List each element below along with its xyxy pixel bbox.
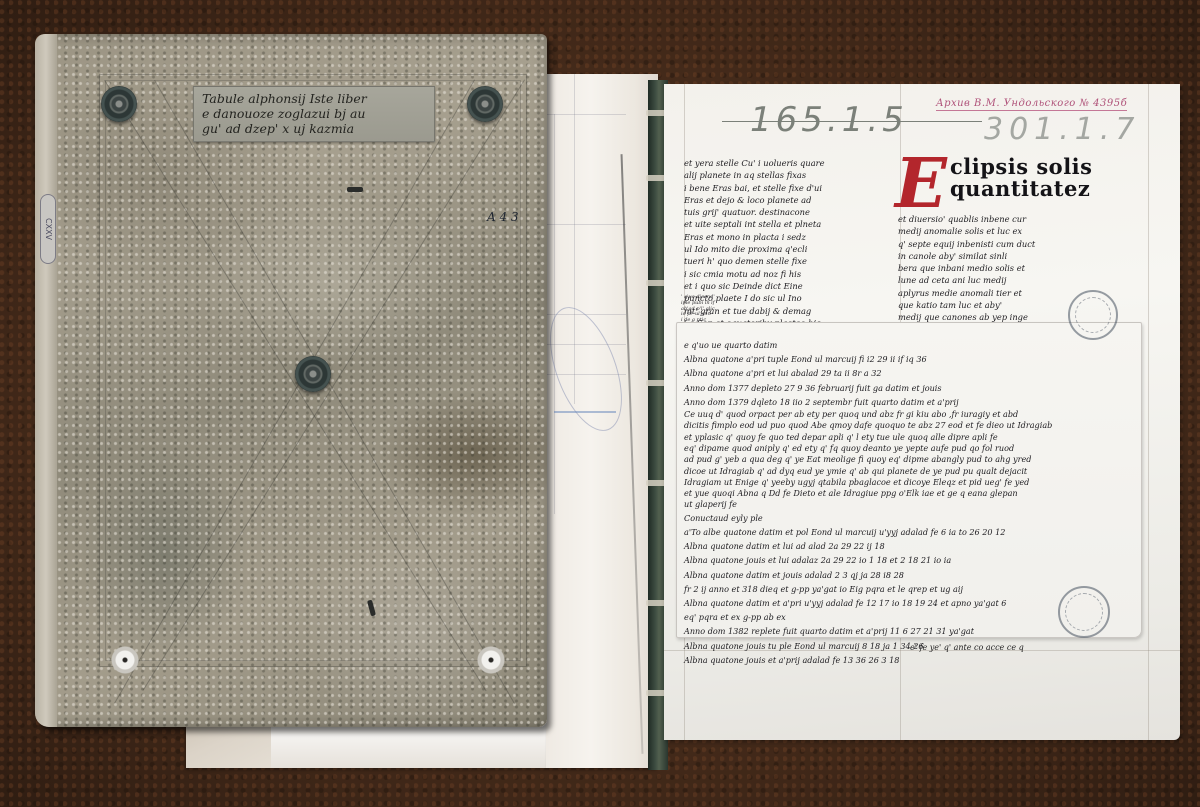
- marginalia: ' q'uo dicend' iple pubi in if ab'ad p'l…: [681, 295, 715, 324]
- text-line: medij anomalie solis et luc ex: [898, 225, 1035, 237]
- slip-line: fr 2 ij anno et 318 dieq et g-pp ya'gat …: [684, 582, 1052, 596]
- slip-line: et yue quoqi Abna q Dd fe Dieto et ale I…: [684, 488, 1052, 499]
- slip-line: Albna quatone jouis et a'prij adalad fe …: [684, 653, 1052, 667]
- book-cover: CXXV Tabule alphonsij Iste liber e danou…: [35, 34, 547, 727]
- slip-line: Albna quatone datim et a'pri u'yyj adala…: [684, 596, 1052, 610]
- text-line: et i quo sic Deinde dict Eine: [684, 280, 825, 292]
- flyleaf: [546, 74, 658, 768]
- spine-label: CXXV: [40, 194, 56, 264]
- slip-line: ad pud g' yeb a qua deg q' ye Eat meolig…: [684, 454, 1052, 465]
- cover-title-label: Tabule alphonsij Iste liber e danouoze z…: [193, 86, 435, 142]
- text-line: et yera stelle Cu' i uolueris quare: [684, 157, 825, 169]
- slip-text: e q'uo ue quarto datim Albna quatone a'p…: [684, 338, 1052, 667]
- slip-line: a'To albe quatone datim et pol Eond ul m…: [684, 525, 1052, 539]
- fold-line: [621, 154, 644, 754]
- slip-line: Albna quatone jouis et lui adalaz 2a 29 …: [684, 553, 1052, 567]
- slip-line: Idragiam ut Enige q' yeeby ugyj qtabila …: [684, 477, 1052, 488]
- metal-boss-icon: [295, 356, 331, 392]
- pencil-sketch: [536, 298, 637, 441]
- footer-line: e' fe ye' q' ante co acce ce q: [910, 643, 1024, 652]
- text-line: in canole aby' similat sinli: [898, 250, 1035, 262]
- clasp-slot: [347, 187, 363, 192]
- text-line: i sic cmia motu ad noz fi his: [684, 268, 825, 280]
- library-stamp-icon: [1068, 290, 1118, 340]
- title-label-line: e danouoze zoglazui bj au: [202, 106, 426, 121]
- blue-pencil-line: [554, 411, 616, 413]
- red-initial: E: [895, 150, 947, 218]
- text-line: lune ad ceta ani luc medij: [898, 274, 1035, 286]
- text-line: ul Ido mito die proxima q'ecli: [684, 243, 825, 255]
- slip-line: Anno dom 1379 dqleto 18 iio 2 septembr f…: [684, 395, 1052, 409]
- slip-line: eq' dipame quod aniply q' ed ety q' fq q…: [684, 443, 1052, 454]
- slip-line: ut glaperij fe: [684, 499, 1052, 510]
- text-line: Eras et mono in placta i sedz: [684, 231, 825, 243]
- slip-line: Conuctaud eyly ple: [684, 511, 1052, 525]
- rubric-heading: clipsis solis quantitatez: [950, 156, 1092, 200]
- slip-line: Albna quatone datim et jouis adalad 2 3 …: [684, 568, 1052, 582]
- metal-boss-icon: [101, 86, 137, 122]
- text-line: aplyrus medie anomali tier et: [898, 287, 1035, 299]
- slip-line: Ce uuq d' quod orpact per ab ety per quo…: [684, 409, 1052, 420]
- shelfmark-old: 165.1.5: [750, 100, 908, 140]
- archive-note: Архив В.М. Ундольского № 4395б: [936, 98, 1127, 111]
- slip-line: Albna quatone a'pri tuple Eond ul marcui…: [684, 352, 1052, 366]
- text-line: bera que inbani medio solis et: [898, 262, 1035, 274]
- slip-line: dicitis fimplo eod ud puo quod Abe qmoy …: [684, 420, 1052, 431]
- slip-line: eq' pqra et ex g-pp ab ex: [684, 610, 1052, 624]
- slip-line: Anno dom 1377 depleto 27 9 36 februarij …: [684, 381, 1052, 395]
- text-line: q' septe equij inbenisti cum duct: [898, 238, 1035, 250]
- rubric-line: clipsis solis: [950, 156, 1092, 178]
- metal-boss-icon: [467, 86, 503, 122]
- text-line: tueri h' quo demen stelle fixe: [684, 255, 825, 267]
- text-line: alij planete in aq stellas fixas: [684, 169, 825, 181]
- slip-line: Anno dom 1382 replete fuit quarto datim …: [684, 624, 1052, 638]
- text-line: tuis grij' quatuor. destinacone: [684, 206, 825, 218]
- text-line: Eras et dejo & loco planete ad: [684, 194, 825, 206]
- library-stamp-icon: [1058, 586, 1110, 638]
- slip-line: Albna quatone a'pri et lui abalad 29 ta …: [684, 366, 1052, 380]
- slip-line: Albna quatone datim et lui ad alad 2a 29…: [684, 539, 1052, 553]
- slip-line: et yplasic q' quoy fe quo ted depar apli…: [684, 432, 1052, 443]
- shelfmark-new: 301.1.7: [984, 112, 1141, 147]
- missing-boss-hole-icon: [111, 646, 139, 674]
- slip-line: e q'uo ue quarto datim: [684, 338, 1052, 352]
- rubric-line: quantitatez: [950, 178, 1092, 200]
- text-line: i bene Eras bai, et stelle fixe d'ui: [684, 182, 825, 194]
- ink-shelf-mark: A 4 3: [487, 210, 519, 224]
- text-line: et uite septali int stella et plneta: [684, 218, 825, 230]
- text-line: et diuersio' quablis inbene cur: [898, 213, 1035, 225]
- text-column-right: et diuersio' quablis inbene cur medij an…: [898, 213, 1035, 336]
- title-label-line: Tabule alphonsij Iste liber: [202, 91, 426, 106]
- slip-line: dicoe ut Idragiab q' ad dyq eud ye ymie …: [684, 466, 1052, 477]
- cover-spine-edge: [35, 34, 57, 727]
- missing-boss-hole-icon: [477, 646, 505, 674]
- text-line: que katio tam luc et aby': [898, 299, 1035, 311]
- title-label-line: gu' ad dzep' x uj kazmia: [202, 121, 426, 136]
